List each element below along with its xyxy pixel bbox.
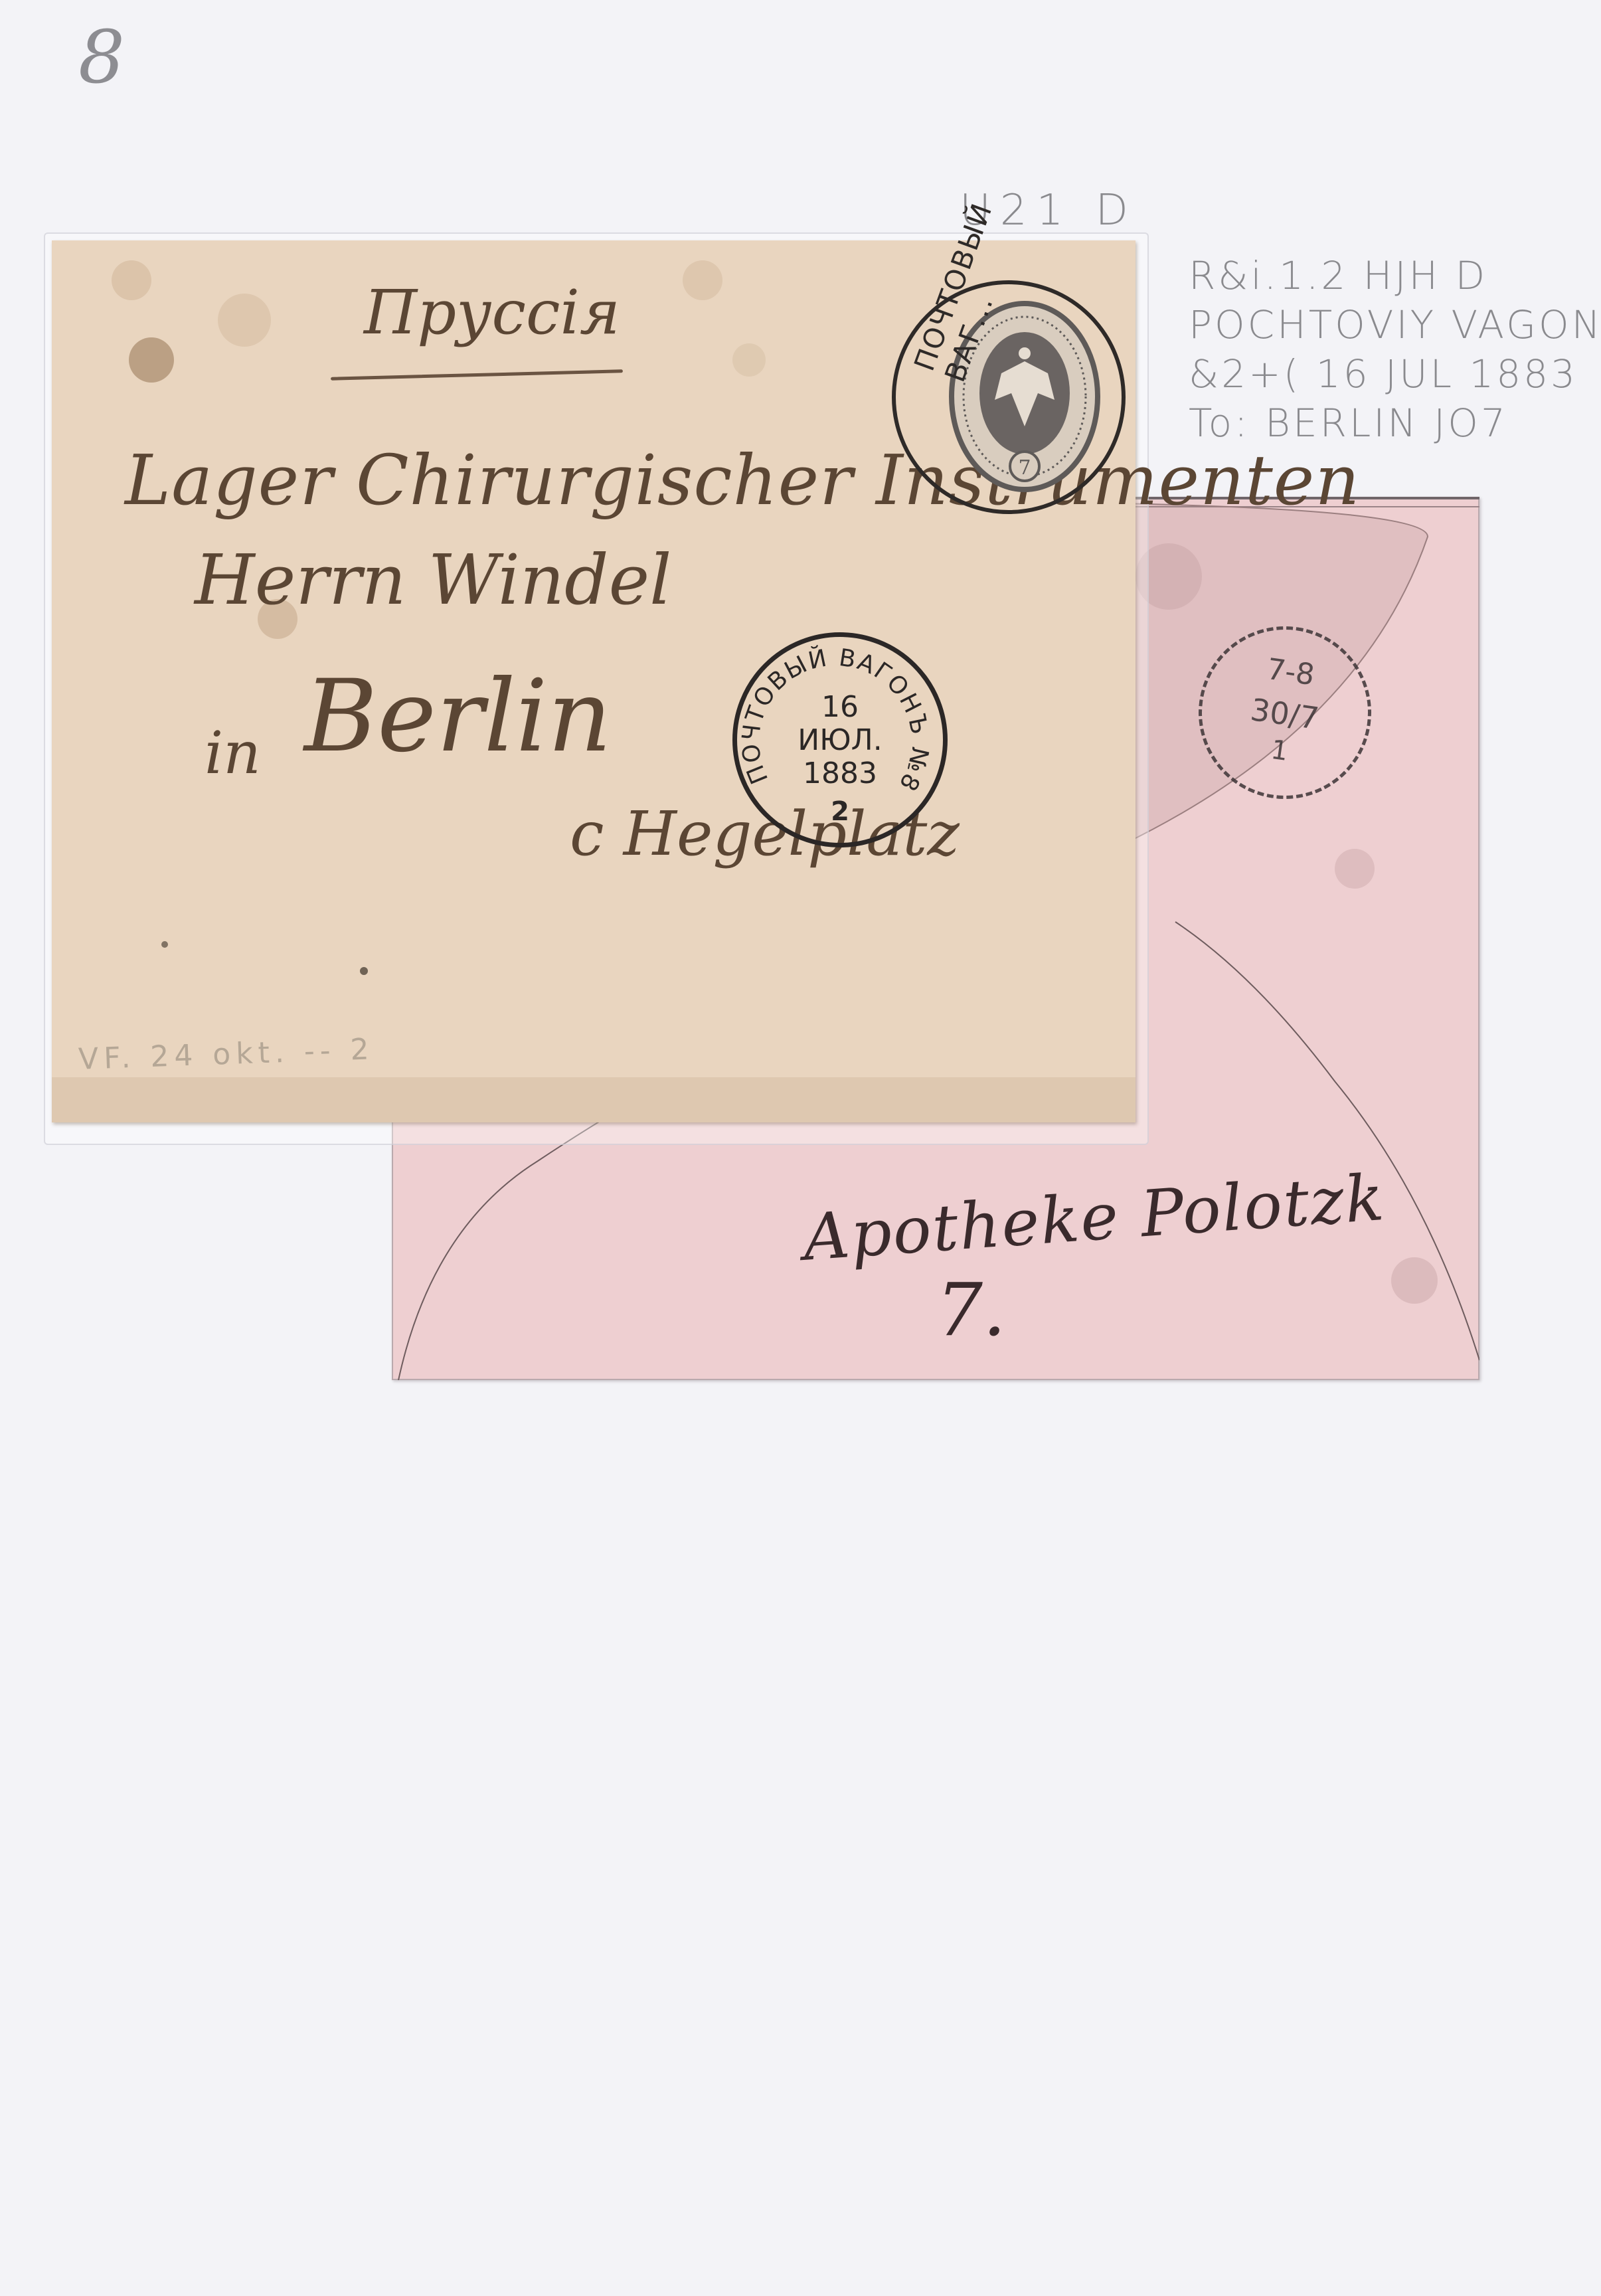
addressee-city: Berlin <box>304 659 612 774</box>
addressee-company: Lager Chirurgischer Instrumenten <box>125 440 1360 521</box>
note-line: R&i.1.2 HJH D <box>1189 251 1601 300</box>
note-line: &2+( 16 JUL 1883 <box>1189 349 1601 398</box>
postmark-year: 1883 <box>737 756 943 790</box>
note-line: POCHTOVIY VAGON N°8 <box>1189 300 1601 349</box>
postmark-train: 2 <box>737 796 943 827</box>
destination-country: Пруссія <box>364 277 620 348</box>
page-number: 8 <box>78 15 129 100</box>
stamp-cancellation: ПОЧТОВЫЙ ВАГ... <box>892 280 1126 514</box>
departure-postmark: ПОЧТОВЫЙ ВАГОНЪ №8 16 ИЮЛ. 1883 2 <box>732 632 948 847</box>
addressee-name: Herrn Windel <box>195 539 671 620</box>
collector-notes: R&i.1.2 HJH D POCHTOVIY VAGON N°8 &2+( 1… <box>1189 251 1601 448</box>
front-envelope[interactable]: Пруссія Lager Chirurgischer Instrumenten… <box>52 240 1136 1122</box>
sender-number: 7. <box>936 1267 1006 1352</box>
postmark-month: ИЮЛ. <box>737 723 943 757</box>
city-prefix: in <box>205 719 261 787</box>
postmark-day: 16 <box>737 690 943 724</box>
